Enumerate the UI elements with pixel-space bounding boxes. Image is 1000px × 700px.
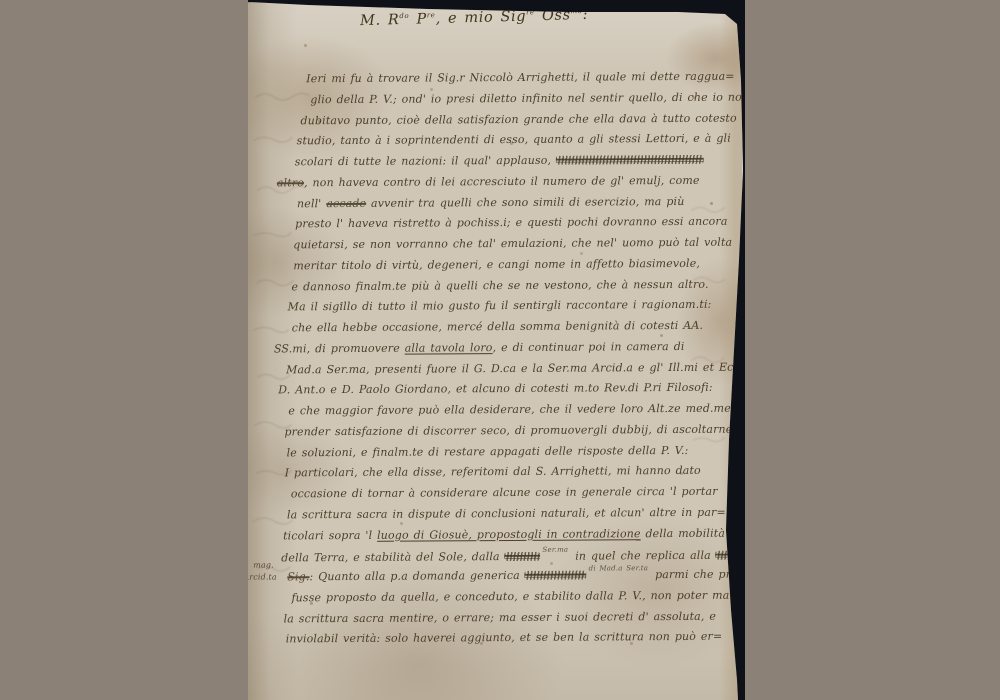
text-segment: Ma il sigillo di tutto il mio gusto fu i… [288,298,712,314]
text-segment: , e mio Sig [435,9,526,28]
scribbled-out-text [505,552,541,561]
manuscript-line: e dannoso finalm.te più à quelli che se … [291,277,731,300]
text-segment: alla tavola loro [405,341,493,355]
manuscript-line: che ella hebbe occasione, mercé della so… [292,319,732,342]
manuscript-photo: M. Rdo Pre, e mio Sigre Ossmo: Ieri mi f… [248,0,745,700]
margin-note: mag. [253,560,274,569]
manuscript-line: fusse proposto da quella, e conceduto, e… [291,588,733,611]
scribbled-out-text [556,155,704,165]
text-segment: mo [570,7,582,15]
text-segment: fusse proposto da quella, e conceduto, e… [291,588,733,604]
foxing-specks [248,0,251,3]
manuscript-line: mag.Arcid.taSig.: Quanto alla p.a domand… [287,568,733,591]
text-segment: D. Ant.o e D. Paolo Giordano, et alcuno … [278,381,713,397]
text-segment: re [427,11,436,19]
text-segment: scolari di tutte le nazioni: il qual' ap… [295,154,556,169]
text-segment: ticolari sopra 'l [283,528,377,542]
text-segment: parmi che prudentiss.te [650,567,794,581]
manuscript-line: Ieri mi fu à trovare il Sig.r Niccolò Ar… [306,70,730,93]
manuscript-line: inviolabil verità: solo haverei aggiunto… [286,630,734,653]
text-segment: I particolari, che ella disse, referitom… [285,464,701,480]
manuscript-line: le soluzioni, e finalm.te di restare app… [287,443,733,466]
manuscript-line: della Terra, e stabilità del Sole, dalla… [281,547,733,571]
manuscript-page: M. Rdo Pre, e mio Sigre Ossmo: Ieri mi f… [248,0,745,700]
manuscript-line: I particolari, che ella disse, referitom… [285,464,733,487]
text-segment: Ieri mi fu à trovare il Sig.r Niccolò Ar… [306,70,734,86]
text-segment: do [399,12,409,20]
text-segment: M. R [360,12,400,29]
manuscript-line: ticolari sopra 'l luogo di Giosuè, propo… [283,526,733,549]
text-segment: : Quanto alla p.a domanda generica [309,569,524,583]
manuscript-line: Mad.a Ser.ma, presenti fuore il G. D.ca … [286,360,732,383]
text-segment: quietarsi, se non vorranno che tal' emul… [293,236,732,252]
text-segment: altro [277,176,304,189]
letter-body: Ieri mi fu à trovare il Sig.r Niccolò Ar… [290,70,734,654]
text-segment: prender satisfazione di discorrer seco, … [284,422,732,438]
text-segment: avvenir tra quelli che sono simili di es… [366,194,684,209]
text-segment: della Terra, e stabilità del Sole, dalla [281,550,504,564]
manuscript-line: prender satisfazione di discorrer seco, … [284,422,732,445]
interline-insertion: Ser.ma [543,546,569,554]
text-segment: P [409,11,427,27]
manuscript-line: nell' accade avvenir tra quelli che sono… [297,194,731,217]
text-segment: te [746,547,753,555]
text-segment: presto l' haveva ristretto à pochiss.i; … [295,215,727,231]
manuscript-line: altro, non haveva contro di lei accresci… [277,173,731,197]
manuscript-line: D. Ant.o e D. Paolo Giordano, et alcuno … [278,381,732,405]
text-segment: dubitavo punto, cioè della satisfazion g… [300,111,736,127]
manuscript-line: scolari di tutte le nazioni: il qual' ap… [295,153,731,176]
text-segment: Sig. [287,570,309,583]
text-segment: studio, tanto à i soprintendenti di esso… [297,132,731,148]
text-segment: Oss [535,7,571,24]
text-segment: la scrittura sacra in dispute di conclus… [287,505,726,521]
manuscript-line: meritar titolo di virtù, degeneri, e can… [293,256,731,279]
text-segment: le soluzioni, e finalm.te di restare app… [287,443,689,458]
margin-note: Arcid.ta [243,572,277,581]
text-segment: SS.mi, di promuovere [274,341,405,355]
text-segment: la scrittura sacra mentire, o errare; ma… [284,609,717,625]
manuscript-line: e che maggior favore può ella desiderare… [288,402,732,425]
stage-background: M. Rdo Pre, e mio Sigre Ossmo: Ieri mi f… [0,0,1000,700]
text-segment: della mobilità [641,526,725,540]
text-segment: e dannoso finalm.te più à quelli che se … [291,277,708,293]
manuscript-line: glio della P. V.; ond' io presi diletto … [310,90,730,113]
manuscript-line: la scrittura sacra mentire, o errare; ma… [284,609,734,632]
manuscript-line: dubitavo punto, cioè della satisfazion g… [300,111,730,134]
text-segment: , e di continuar poi in camera di [493,340,685,354]
text-segment: accade [326,196,366,209]
scribbled-out-text [716,551,746,560]
manuscript-line: studio, tanto à i soprintendenti di esso… [297,132,731,155]
text-segment: re [526,8,535,16]
manuscript-line: quietarsi, se non vorranno che tal' emul… [293,236,731,259]
text-segment: che ella hebbe occasione, mercé della so… [292,319,703,335]
manuscript-line: la scrittura sacra in dispute di conclus… [287,505,733,528]
text-segment: Mad.a Ser.ma, presenti fuore il G. D.ca … [286,360,790,376]
text-segment: , non haveva contro di lei accresciuto i… [304,174,700,189]
interline-insertion: di Mad.a Ser.ta [589,564,649,572]
text-segment: glio della P. V.; ond' io presi diletto … [310,90,749,106]
text-segment: meritar titolo di virtù, degeneri, e can… [293,257,700,272]
text-segment: in quel che replica alla [570,549,715,563]
text-segment: nell' [297,197,326,210]
text-segment: occasione di tornar à considerare alcune… [291,485,718,501]
manuscript-line: occasione di tornar à considerare alcune… [291,485,733,508]
text-segment: : [582,7,588,23]
manuscript-line: presto l' haveva ristretto à pochiss.i; … [295,215,731,238]
manuscript-line: SS.mi, di promuovere alla tavola loro, e… [274,339,732,363]
manuscript-line: Ma il sigillo di tutto il mio gusto fu i… [288,298,732,321]
salutation: M. Rdo Pre, e mio Sigre Ossmo: [360,7,589,29]
text-segment: e che maggior favore può ella desiderare… [288,402,731,418]
scribbled-out-text [525,571,587,580]
text-segment: luogo di Giosuè, propostogli in contradi… [377,527,641,542]
text-segment: inviolabil verità: solo haverei aggiunto… [286,630,723,646]
